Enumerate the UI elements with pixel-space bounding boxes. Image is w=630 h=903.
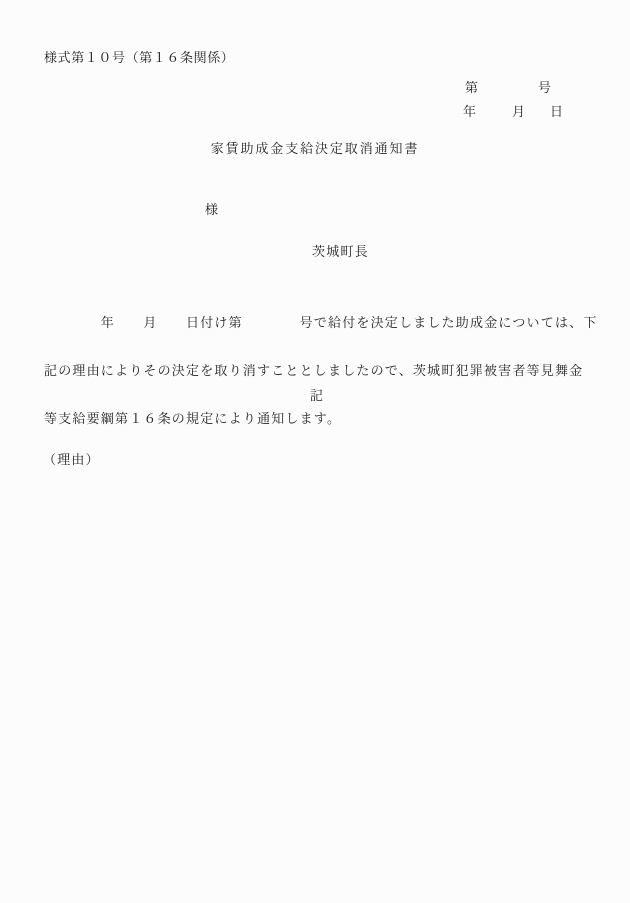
document-title: 家賃助成金支給決定取消通知書 bbox=[0, 142, 630, 155]
doc-number-suffix: 号 bbox=[538, 77, 551, 96]
reason-label: （理由） bbox=[43, 453, 100, 466]
date-day-label: 日 bbox=[550, 101, 563, 120]
date-year-label: 年 bbox=[463, 101, 476, 120]
record-marker: 記 bbox=[310, 389, 324, 402]
addressee-honorific: 様 bbox=[205, 203, 219, 216]
body-line-3: 等支給要綱第１６条の規定により通知します。 bbox=[44, 408, 598, 430]
date-month-label: 月 bbox=[512, 101, 525, 120]
body-paragraph: 年 月 日付け第 号で給付を決定しました助成金については、下 記の理由によりその… bbox=[44, 286, 598, 456]
body-line-1: 年 月 日付け第 号で給付を決定しました助成金については、下 bbox=[44, 312, 598, 334]
doc-number-prefix: 第 bbox=[465, 77, 478, 96]
document-page: 様式第１０号（第１６条関係） 第 号 年 月 日 家賃助成金支給決定取消通知書 … bbox=[0, 0, 630, 903]
sender-name: 茨城町長 bbox=[312, 245, 369, 258]
form-number: 様式第１０号（第１６条関係） bbox=[44, 51, 234, 64]
body-line-2: 記の理由によりその決定を取り消すこととしましたので、茨城町犯罪被害者等見舞金 bbox=[44, 360, 598, 382]
